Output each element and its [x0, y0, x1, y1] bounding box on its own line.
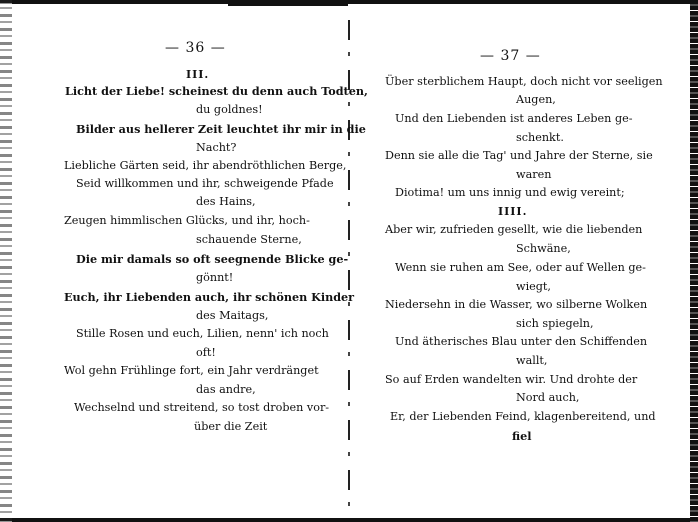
verse-line: Er, der Liebenden Feind, klagenbereitend… — [390, 410, 656, 424]
verse-line: waren — [516, 168, 551, 182]
section-heading: IIII. — [498, 205, 527, 218]
verse-line: Aber wir, zufrieden gesellt, wie die lie… — [385, 223, 642, 237]
left-page: — 36 — III. Licht der Liebe! scheinest d… — [0, 0, 348, 522]
verse-line: Seid willkommen und ihr, schweigende Pfa… — [76, 177, 334, 191]
verse-line: Liebliche Gärten seid, ihr abendröthlich… — [64, 159, 346, 173]
verse-line: Und den Liebenden ist anderes Leben ge- — [395, 112, 633, 126]
verse-line: Wenn sie ruhen am See, oder auf Wellen g… — [395, 261, 646, 275]
page-number: — 36 — — [165, 40, 226, 56]
verse-line: schenkt. — [516, 131, 564, 145]
verse-line: du goldnes! — [196, 103, 263, 117]
verse-line: Wol gehn Frühlinge fort, ein Jahr verdrä… — [64, 364, 319, 378]
verse-line: Stille Rosen und euch, Lilien, nenn' ich… — [76, 327, 329, 341]
verse-line: Nord auch, — [516, 391, 580, 405]
verse-line: das andre, — [196, 383, 256, 397]
verse-line: wallt, — [516, 354, 547, 368]
verse-line: Denn sie alle die Tag' und Jahre der Ste… — [385, 149, 653, 163]
verse-line: Diotima! um uns innig und ewig vereint; — [395, 186, 625, 200]
verse-line: schauende Sterne, — [196, 233, 302, 247]
verse-line: Augen, — [516, 93, 556, 107]
verse-line: Licht der Liebe! scheinest du denn auch … — [65, 84, 368, 98]
verse-line: Die mir damals so oft seegnende Blicke g… — [76, 252, 348, 266]
scan-right-edge — [690, 0, 698, 522]
section-heading: III. — [186, 68, 209, 81]
verse-line: oft! — [196, 346, 216, 360]
verse-line: gönnt! — [196, 271, 233, 285]
verse-line: wiegt, — [516, 280, 551, 294]
verse-line: Zeugen himmlischen Glücks, und ihr, hoch… — [64, 214, 310, 228]
verse-line: Nacht? — [196, 141, 236, 155]
verse-line: Wechselnd und streitend, so tost droben … — [74, 401, 329, 415]
verse-line: Über sterblichem Haupt, doch nicht vor s… — [385, 75, 663, 89]
verse-line: über die Zeit — [194, 420, 267, 434]
verse-line: So auf Erden wandelten wir. Und drohte d… — [385, 373, 637, 387]
verse-line: des Hains, — [196, 195, 256, 209]
verse-line: des Maitags, — [196, 309, 268, 323]
verse-line: Niedersehn in die Wasser, wo silberne Wo… — [385, 298, 647, 312]
verse-line: fiel — [512, 429, 532, 443]
verse-line: Und ätherisches Blau unter den Schiffend… — [395, 335, 647, 349]
right-page: — 37 — Über sterblichem Haupt, doch nich… — [350, 0, 690, 522]
page-number: — 37 — — [480, 48, 541, 64]
verse-line: Schwäne, — [516, 242, 571, 256]
verse-line: Euch, ihr Liebenden auch, ihr schönen Ki… — [64, 290, 354, 304]
verse-line: sich spiegeln, — [516, 317, 594, 331]
verse-line: Bilder aus hellerer Zeit leuchtet ihr mi… — [76, 122, 366, 136]
